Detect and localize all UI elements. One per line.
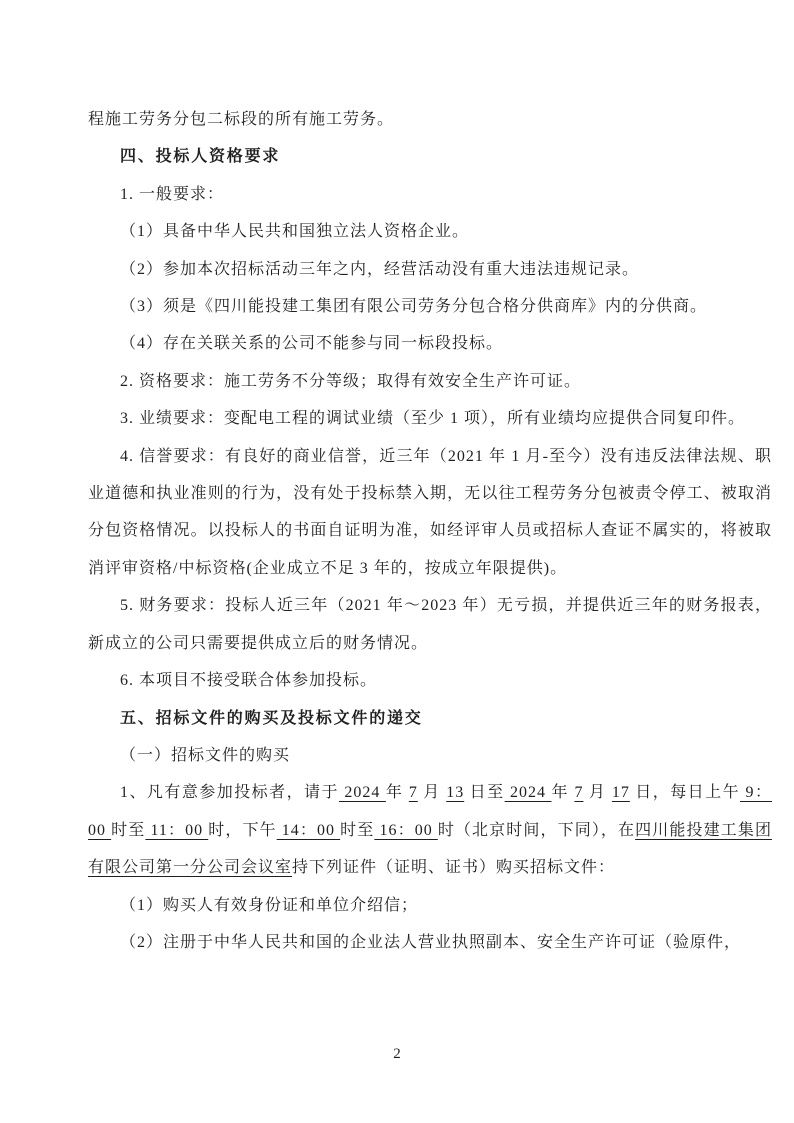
paragraph-continuation-line: 程施工劳务分包二标段的所有施工劳务。 (88, 101, 772, 138)
para-general-item-1: （1）具备中华人民共和国独立法人资格企业。 (88, 213, 772, 250)
para-reputation-requirement: 4. 信誉要求：有良好的商业信誉，近三年（2021 年 1 月-至今）没有违反法… (88, 438, 772, 588)
text-segment: 1、凡有意参加投标者，请于 (120, 784, 339, 801)
para-qualification-requirement: 2. 资格要求：施工劳务不分等级；取得有效安全生产许可证。 (88, 363, 772, 400)
document-page: 程施工劳务分包二标段的所有施工劳务。 四、投标人资格要求 1. 一般要求： （1… (0, 0, 794, 1123)
filled-in-underlined-value: 14：00 (277, 822, 340, 839)
text-segment: 月 (583, 784, 611, 801)
para-general-item-4: （4）存在关联关系的公司不能参与同一标段投标。 (88, 325, 772, 362)
section-heading-bidder-qualification: 四、投标人资格要求 (88, 138, 772, 175)
section-heading-document-purchase: 五、招标文件的购买及投标文件的递交 (88, 700, 772, 737)
para-financial-requirement: 5. 财务要求：投标人近三年（2021 年～2023 年）无亏损，并提供近三年的… (88, 587, 772, 662)
para-general-item-3: （3）须是《四川能投建工集团有限公司劳务分包合格分供商库》内的分供商。 (88, 288, 772, 325)
text-segment: 月 (418, 784, 446, 801)
para-certificate-item-1: （1）购买人有效身份证和单位介绍信； (88, 887, 772, 924)
para-no-consortium: 6. 本项目不接受联合体参加投标。 (88, 662, 772, 699)
text-segment: 时至 (340, 822, 374, 839)
para-general-requirements-label: 1. 一般要求： (88, 176, 772, 213)
filled-in-underlined-value: 16：00 (374, 822, 437, 839)
para-certificate-item-2: （2）注册于中华人民共和国的企业法人营业执照副本、安全生产许可证（验原件， (88, 924, 772, 961)
text-segment: 持下列证件（证明、证书）购买招标文件： (292, 859, 615, 876)
filled-in-underlined-value: 17 (612, 784, 630, 801)
para-general-item-2: （2）参加本次招标活动三年之内，经营活动没有重大违法违规记录。 (88, 251, 772, 288)
filled-in-underlined-value: 7 (409, 784, 418, 801)
filled-in-underlined-value: 11：00 (145, 822, 208, 839)
para-purchase-subheading: （一）招标文件的购买 (88, 737, 772, 774)
text-segment: 时，下午 (208, 822, 276, 839)
text-segment: 时（北京时间，下同），在 (438, 822, 635, 839)
filled-in-underlined-value: 2024 (505, 784, 552, 801)
text-segment: 年 (552, 784, 575, 801)
text-segment: 日至 (464, 784, 504, 801)
filled-in-underlined-value: 2024 (339, 784, 386, 801)
para-performance-requirement: 3. 业绩要求：变配电工程的调试业绩（至少 1 项），所有业绩均应提供合同复印件… (88, 400, 772, 437)
text-segment: 年 (386, 784, 409, 801)
filled-in-underlined-value: 13 (446, 784, 464, 801)
text-segment: 时至 (111, 822, 145, 839)
text-segment: 日，每日上午 (630, 784, 740, 801)
para-purchase-details: 1、凡有意参加投标者，请于 2024 年 7 月 13 日至 2024 年 7 … (88, 774, 772, 886)
page-number: 2 (0, 1036, 794, 1073)
